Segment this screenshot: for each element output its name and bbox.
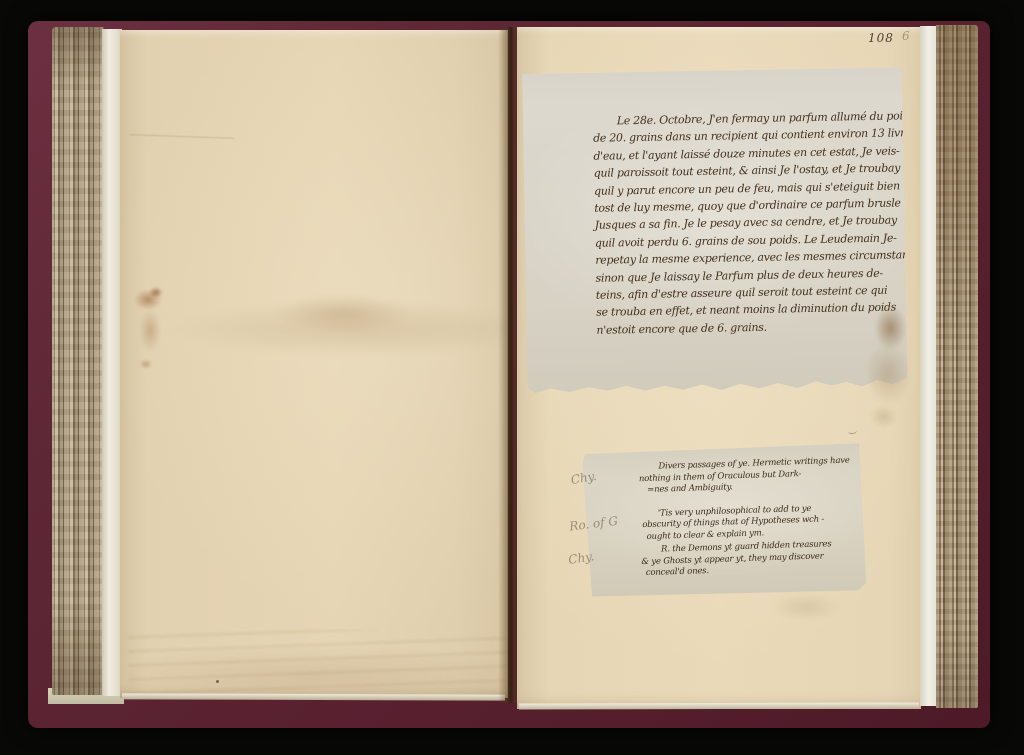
english-handwriting: Divers passages of ye. Hermetic writings… <box>612 456 856 581</box>
pasted-note-english: Chy. Ro. of G Chy. Divers passages of ye… <box>582 443 866 599</box>
pasted-note-french: Le 28e. Octobre, J'en fermay un parfum a… <box>522 67 908 394</box>
faint-stain <box>770 592 842 622</box>
english-paragraph-1: Divers passages of ye. Hermetic writings… <box>612 456 853 498</box>
english-paragraph-2: 'Tis very unphilosophical to add to yeob… <box>614 502 855 544</box>
fore-edge-left <box>52 27 104 695</box>
folio-annotation: 6 <box>902 29 910 43</box>
page-edge-stack-left <box>102 29 122 696</box>
photo-background: 108 6 Le 28e. Octobre, J'en fermay un pa… <box>0 0 1024 755</box>
page-bottom-edge-right <box>519 702 919 709</box>
show-through-text <box>128 630 506 694</box>
discoloration-band <box>125 292 508 366</box>
ink-stain-on-note <box>858 296 914 430</box>
ink-speck <box>216 680 219 683</box>
french-handwriting: Le 28e. Octobre, J'en fermay un parfum a… <box>593 107 902 339</box>
folio-number: 108 <box>868 31 894 45</box>
fore-edge-right <box>936 25 978 708</box>
